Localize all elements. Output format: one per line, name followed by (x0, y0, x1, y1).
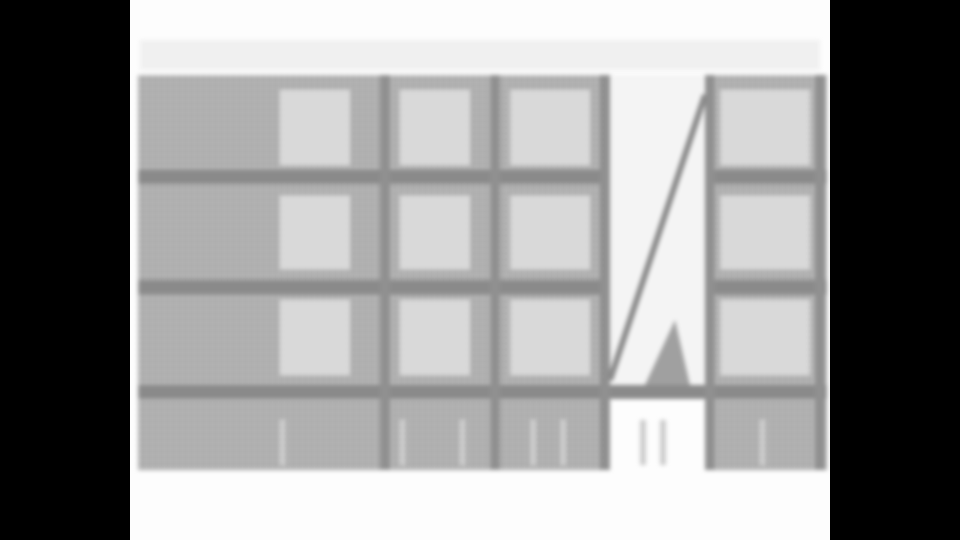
building-scaffolding (130, 0, 830, 540)
photo (130, 0, 830, 540)
